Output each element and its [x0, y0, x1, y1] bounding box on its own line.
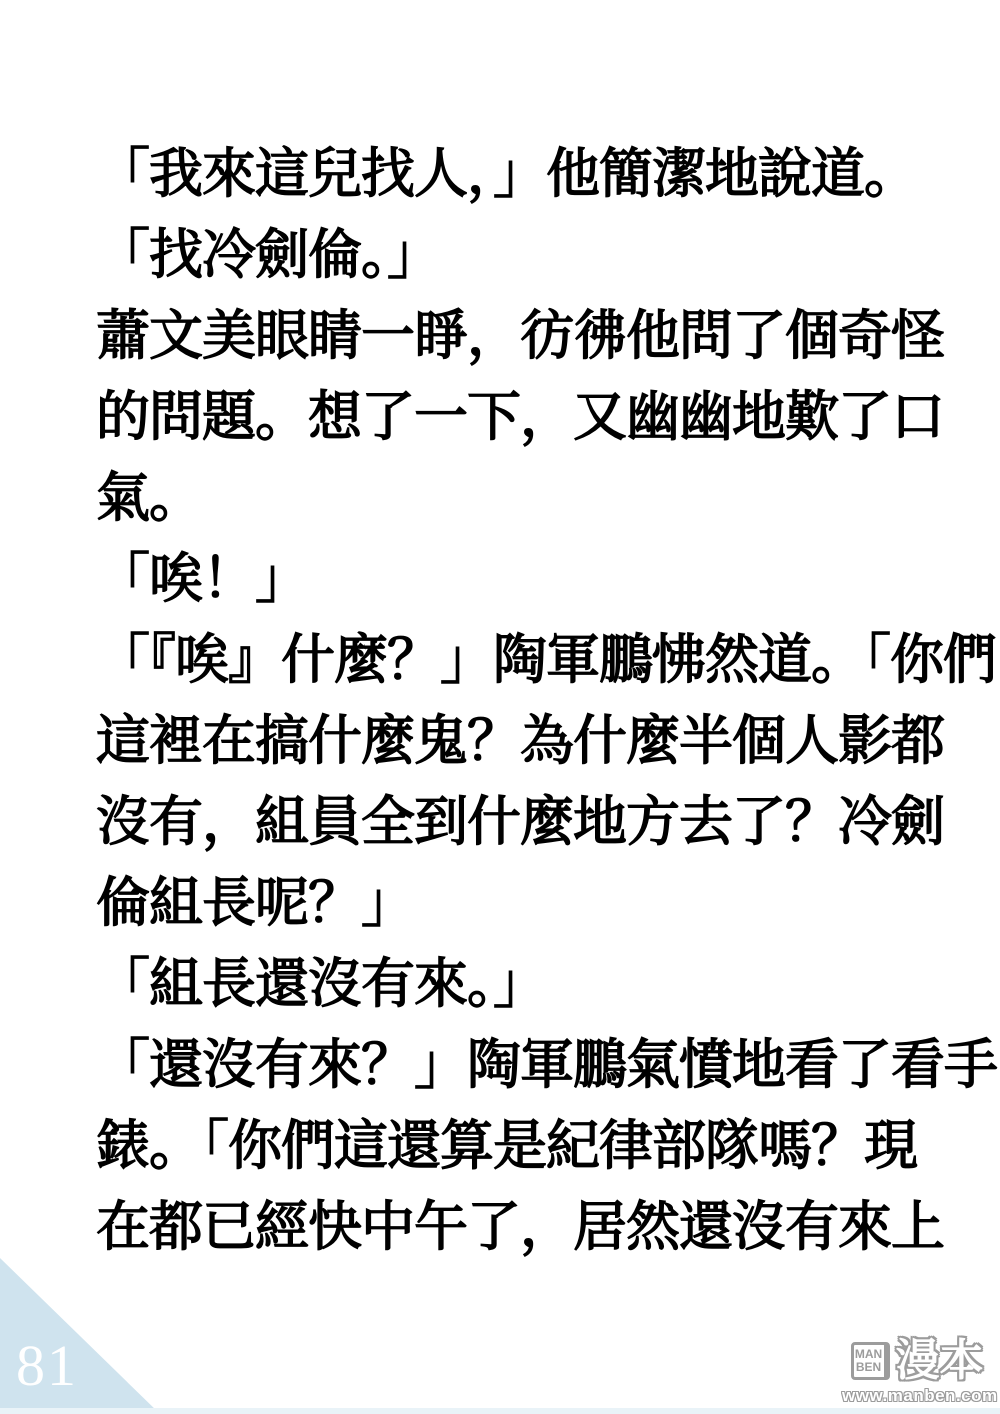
text-line: 「組長還沒有來。」	[96, 944, 926, 1025]
watermark-url: www.manben.com	[842, 1386, 992, 1406]
text-line: 「找冷劍倫。」	[96, 215, 926, 296]
text-line: 在都已經快中午了，居然還沒有來上	[96, 1187, 926, 1268]
text-line: 「『唉』什麼？」陶軍鵬怫然道。「你們	[96, 620, 926, 701]
novel-text-block: 「我來這兒找人，」他簡潔地說道。 「找冷劍倫。」 蕭文美眼睛一睜，彷彿他問了個奇…	[96, 134, 926, 1268]
watermark-logo-row: MAN BEN 漫本	[842, 1338, 992, 1384]
text-line: 「還沒有來？」陶軍鵬氣憤地看了看手	[96, 1025, 926, 1106]
text-line: 「唉！」	[96, 539, 926, 620]
page-number: 81	[16, 1332, 78, 1399]
manben-watermark: MAN BEN 漫本 www.manben.com	[842, 1338, 992, 1406]
text-line: 氣。	[96, 458, 926, 539]
ebook-page: 「我來這兒找人，」他簡潔地說道。 「找冷劍倫。」 蕭文美眼睛一睜，彷彿他問了個奇…	[0, 0, 1000, 1414]
text-line: 這裡在搞什麼鬼？為什麼半個人影都	[96, 701, 926, 782]
text-line: 錶。「你們這還算是紀律部隊嗎？現	[96, 1106, 926, 1187]
manben-logo-icon: MAN BEN	[851, 1342, 890, 1380]
text-line: 蕭文美眼睛一睜，彷彿他問了個奇怪	[96, 296, 926, 377]
text-line: 沒有，組員全到什麼地方去了？冷劍	[96, 782, 926, 863]
manben-logo-text: 漫本	[896, 1338, 984, 1384]
bottom-strip-decoration	[0, 1408, 1000, 1414]
logo-box-bottom-text: BEN	[856, 1361, 881, 1374]
text-line: 「我來這兒找人，」他簡潔地說道。	[96, 134, 926, 215]
text-line: 的問題。想了一下，又幽幽地歎了口	[96, 377, 926, 458]
text-line: 倫組長呢？」	[96, 863, 926, 944]
